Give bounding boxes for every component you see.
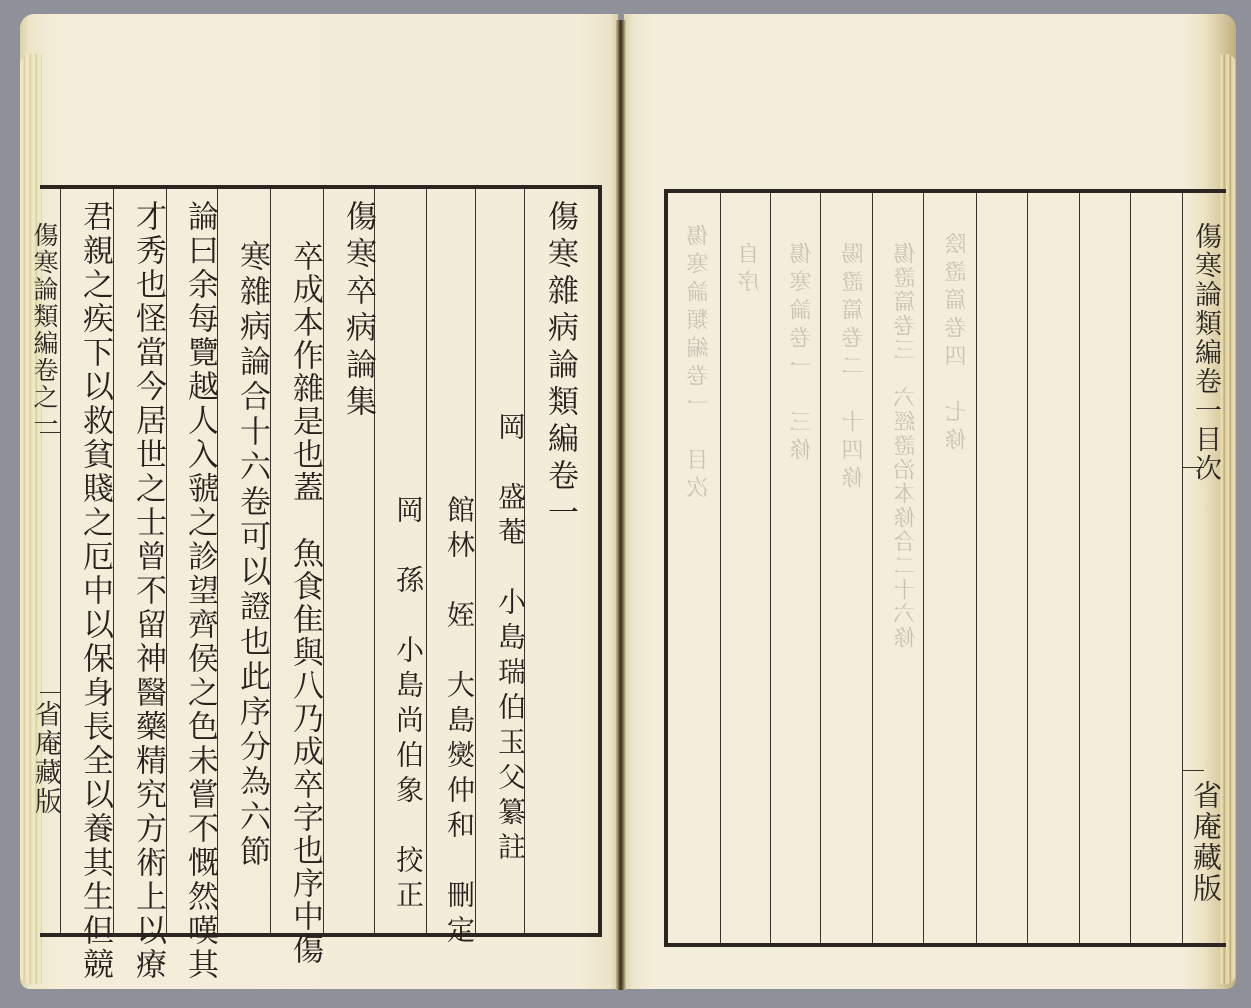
column-rule	[270, 189, 271, 933]
hashira-rule	[1182, 193, 1183, 943]
body-text-column: 君親之疾下以救貧賤之厄中以保身長全以養其生但競	[79, 200, 110, 982]
bleed-through-column: 傷證篇卷三 六經證治本條合二十六條	[896, 242, 918, 650]
author-column: 岡 盛菴 小島瑞伯玉父纂註	[496, 412, 524, 867]
column-rule	[976, 193, 977, 943]
column-rule	[1027, 193, 1028, 943]
bleed-through-column: 陽證篇卷二 十四條	[844, 242, 866, 494]
column-rule	[770, 193, 771, 943]
column-rule	[720, 193, 721, 943]
column-rule	[1130, 193, 1131, 943]
open-book: 傷寒雜病論類編卷一 岡 盛菴 小島瑞伯玉父纂註 館林 姪 大島爕仲和 刪定 岡 …	[12, 12, 1240, 994]
right-hashira-publisher: 省庵藏版	[1186, 780, 1227, 904]
bleed-through-column: 陰證篇卷四 七條	[947, 232, 969, 456]
proofreader-column: 岡 孫 小島尚伯象 挍正	[394, 495, 422, 915]
book-title-column: 傷寒雜病論類編卷一	[544, 200, 575, 533]
section-title-column: 傷寒卒病論集	[342, 200, 373, 422]
page-edge-left	[20, 54, 42, 984]
column-rule	[872, 193, 873, 943]
column-rule	[166, 189, 167, 933]
bleed-through-column: 傷寒論類編卷一 目次	[689, 224, 711, 504]
column-rule	[820, 193, 821, 943]
editor-column: 館林 姪 大島爕仲和 刪定	[445, 495, 473, 950]
column-rule	[113, 189, 114, 933]
hashira-divider	[40, 692, 60, 693]
bleed-through-column: 自序	[740, 242, 762, 298]
bleed-through-column: 傷寒論卷一 三條	[792, 242, 814, 466]
column-rule	[1079, 193, 1080, 943]
column-rule	[426, 189, 427, 933]
column-rule	[323, 189, 324, 933]
body-text-column: 寒雜病論合十六卷可以證也此序分為六節	[236, 240, 267, 870]
book-gutter	[616, 20, 626, 990]
body-text-column: 卒成本作雜是也蓋𩰪魚食隹與八乃成卒字也序中傷	[289, 240, 320, 966]
body-text-column: 才秀也怪當今居世之士曾不留神醫藥精究方術上以療	[132, 200, 163, 982]
right-hashira-title: 傷寒論類編卷一目次	[1186, 222, 1225, 483]
hashira-divider	[1182, 770, 1204, 771]
body-text-column: 論曰余每覽越人入虢之診望齊侯之色未嘗不慨然嘆其	[184, 200, 215, 982]
left-hashira-title: 傷寒論類編卷之一	[26, 222, 62, 438]
column-rule	[923, 193, 924, 943]
left-hashira-publisher: 省庵藏版	[26, 700, 65, 816]
